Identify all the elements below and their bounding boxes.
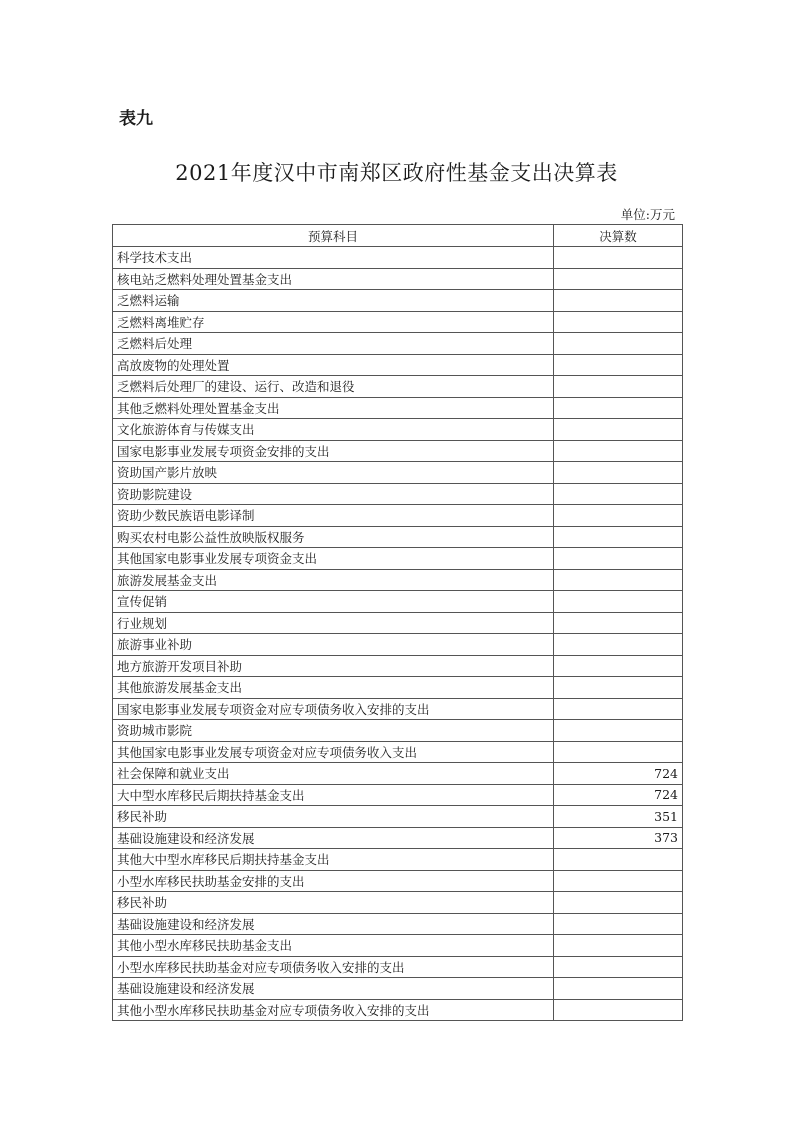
row-subject: 其他国家电影事业发展专项资金支出: [113, 548, 554, 570]
row-amount: [554, 247, 683, 269]
row-amount: [554, 913, 683, 935]
table-row: 其他大中型水库移民后期扶持基金支出: [113, 849, 683, 871]
row-subject: 乏燃料后处理: [113, 333, 554, 355]
row-subject: 社会保障和就业支出: [113, 763, 554, 785]
table-body: 科学技术支出核电站乏燃料处理处置基金支出乏燃料运输乏燃料离堆贮存乏燃料后处理高放…: [113, 247, 683, 1021]
table-row: 小型水库移民扶助基金安排的支出: [113, 870, 683, 892]
table-row: 其他乏燃料处理处置基金支出: [113, 397, 683, 419]
row-amount: [554, 462, 683, 484]
table-row: 其他小型水库移民扶助基金对应专项债务收入安排的支出: [113, 999, 683, 1021]
table-row: 旅游事业补助: [113, 634, 683, 656]
page-title: 2021年度汉中市南郑区政府性基金支出决算表: [0, 157, 793, 187]
table-label: 表九: [119, 104, 153, 129]
row-amount: [554, 268, 683, 290]
row-subject: 核电站乏燃料处理处置基金支出: [113, 268, 554, 290]
row-amount: 373: [554, 827, 683, 849]
row-subject: 其他国家电影事业发展专项资金对应专项债务收入支出: [113, 741, 554, 763]
row-amount: 351: [554, 806, 683, 828]
row-subject: 乏燃料运输: [113, 290, 554, 312]
row-amount: [554, 956, 683, 978]
row-subject: 基础设施建设和经济发展: [113, 827, 554, 849]
row-subject: 基础设施建设和经济发展: [113, 913, 554, 935]
table-header-row: 预算科目 决算数: [113, 225, 683, 247]
row-subject: 小型水库移民扶助基金对应专项债务收入安排的支出: [113, 956, 554, 978]
row-subject: 小型水库移民扶助基金安排的支出: [113, 870, 554, 892]
table-row: 旅游发展基金支出: [113, 569, 683, 591]
table-row: 乏燃料离堆贮存: [113, 311, 683, 333]
table-row: 其他国家电影事业发展专项资金支出: [113, 548, 683, 570]
row-amount: [554, 505, 683, 527]
row-amount: [554, 677, 683, 699]
table-row: 乏燃料后处理厂的建设、运行、改造和退役: [113, 376, 683, 398]
row-subject: 其他旅游发展基金支出: [113, 677, 554, 699]
row-subject: 宣传促销: [113, 591, 554, 613]
table-row: 大中型水库移民后期扶持基金支出724: [113, 784, 683, 806]
row-amount: [554, 849, 683, 871]
row-amount: [554, 397, 683, 419]
table-row: 国家电影事业发展专项资金对应专项债务收入安排的支出: [113, 698, 683, 720]
row-subject: 资助影院建设: [113, 483, 554, 505]
budget-table: 预算科目 决算数 科学技术支出核电站乏燃料处理处置基金支出乏燃料运输乏燃料离堆贮…: [112, 224, 683, 1021]
row-subject: 资助国产影片放映: [113, 462, 554, 484]
row-subject: 其他小型水库移民扶助基金支出: [113, 935, 554, 957]
table-row: 小型水库移民扶助基金对应专项债务收入安排的支出: [113, 956, 683, 978]
row-subject: 基础设施建设和经济发展: [113, 978, 554, 1000]
row-subject: 其他小型水库移民扶助基金对应专项债务收入安排的支出: [113, 999, 554, 1021]
row-subject: 行业规划: [113, 612, 554, 634]
row-amount: [554, 612, 683, 634]
row-amount: 724: [554, 784, 683, 806]
table-row: 资助影院建设: [113, 483, 683, 505]
table-row: 资助少数民族语电影译制: [113, 505, 683, 527]
table-row: 乏燃料运输: [113, 290, 683, 312]
unit-label: 单位:万元: [621, 205, 675, 223]
table-row: 国家电影事业发展专项资金安排的支出: [113, 440, 683, 462]
row-amount: [554, 440, 683, 462]
table-row: 社会保障和就业支出724: [113, 763, 683, 785]
row-amount: [554, 526, 683, 548]
table-row: 基础设施建设和经济发展373: [113, 827, 683, 849]
row-amount: [554, 935, 683, 957]
row-amount: 724: [554, 763, 683, 785]
row-subject: 移民补助: [113, 892, 554, 914]
table-row: 资助城市影院: [113, 720, 683, 742]
table-row: 核电站乏燃料处理处置基金支出: [113, 268, 683, 290]
table-row: 科学技术支出: [113, 247, 683, 269]
table-row: 文化旅游体育与传媒支出: [113, 419, 683, 441]
row-amount: [554, 634, 683, 656]
table-row: 基础设施建设和经济发展: [113, 978, 683, 1000]
row-subject: 科学技术支出: [113, 247, 554, 269]
row-amount: [554, 333, 683, 355]
row-subject: 其他大中型水库移民后期扶持基金支出: [113, 849, 554, 871]
row-subject: 地方旅游开发项目补助: [113, 655, 554, 677]
row-amount: [554, 548, 683, 570]
row-amount: [554, 978, 683, 1000]
column-header-subject: 预算科目: [113, 225, 554, 247]
table-row: 移民补助: [113, 892, 683, 914]
row-amount: [554, 483, 683, 505]
row-subject: 国家电影事业发展专项资金对应专项债务收入安排的支出: [113, 698, 554, 720]
table-row: 乏燃料后处理: [113, 333, 683, 355]
row-amount: [554, 720, 683, 742]
row-amount: [554, 419, 683, 441]
row-subject: 高放废物的处理处置: [113, 354, 554, 376]
row-amount: [554, 290, 683, 312]
table-row: 其他国家电影事业发展专项资金对应专项债务收入支出: [113, 741, 683, 763]
row-subject: 移民补助: [113, 806, 554, 828]
table-row: 其他旅游发展基金支出: [113, 677, 683, 699]
row-amount: [554, 999, 683, 1021]
row-amount: [554, 376, 683, 398]
row-subject: 资助少数民族语电影译制: [113, 505, 554, 527]
row-subject: 文化旅游体育与传媒支出: [113, 419, 554, 441]
row-amount: [554, 741, 683, 763]
table-row: 购买农村电影公益性放映版权服务: [113, 526, 683, 548]
row-subject: 旅游事业补助: [113, 634, 554, 656]
row-subject: 乏燃料后处理厂的建设、运行、改造和退役: [113, 376, 554, 398]
table-row: 高放废物的处理处置: [113, 354, 683, 376]
table-row: 资助国产影片放映: [113, 462, 683, 484]
table-row: 宣传促销: [113, 591, 683, 613]
table-row: 地方旅游开发项目补助: [113, 655, 683, 677]
row-amount: [554, 698, 683, 720]
table-row: 移民补助351: [113, 806, 683, 828]
row-amount: [554, 870, 683, 892]
row-subject: 大中型水库移民后期扶持基金支出: [113, 784, 554, 806]
row-amount: [554, 569, 683, 591]
row-subject: 旅游发展基金支出: [113, 569, 554, 591]
table-row: 其他小型水库移民扶助基金支出: [113, 935, 683, 957]
table-row: 行业规划: [113, 612, 683, 634]
row-amount: [554, 354, 683, 376]
row-subject: 乏燃料离堆贮存: [113, 311, 554, 333]
column-header-amount: 决算数: [554, 225, 683, 247]
row-subject: 购买农村电影公益性放映版权服务: [113, 526, 554, 548]
row-amount: [554, 591, 683, 613]
row-subject: 国家电影事业发展专项资金安排的支出: [113, 440, 554, 462]
row-amount: [554, 311, 683, 333]
row-amount: [554, 892, 683, 914]
row-amount: [554, 655, 683, 677]
row-subject: 其他乏燃料处理处置基金支出: [113, 397, 554, 419]
row-subject: 资助城市影院: [113, 720, 554, 742]
table-row: 基础设施建设和经济发展: [113, 913, 683, 935]
